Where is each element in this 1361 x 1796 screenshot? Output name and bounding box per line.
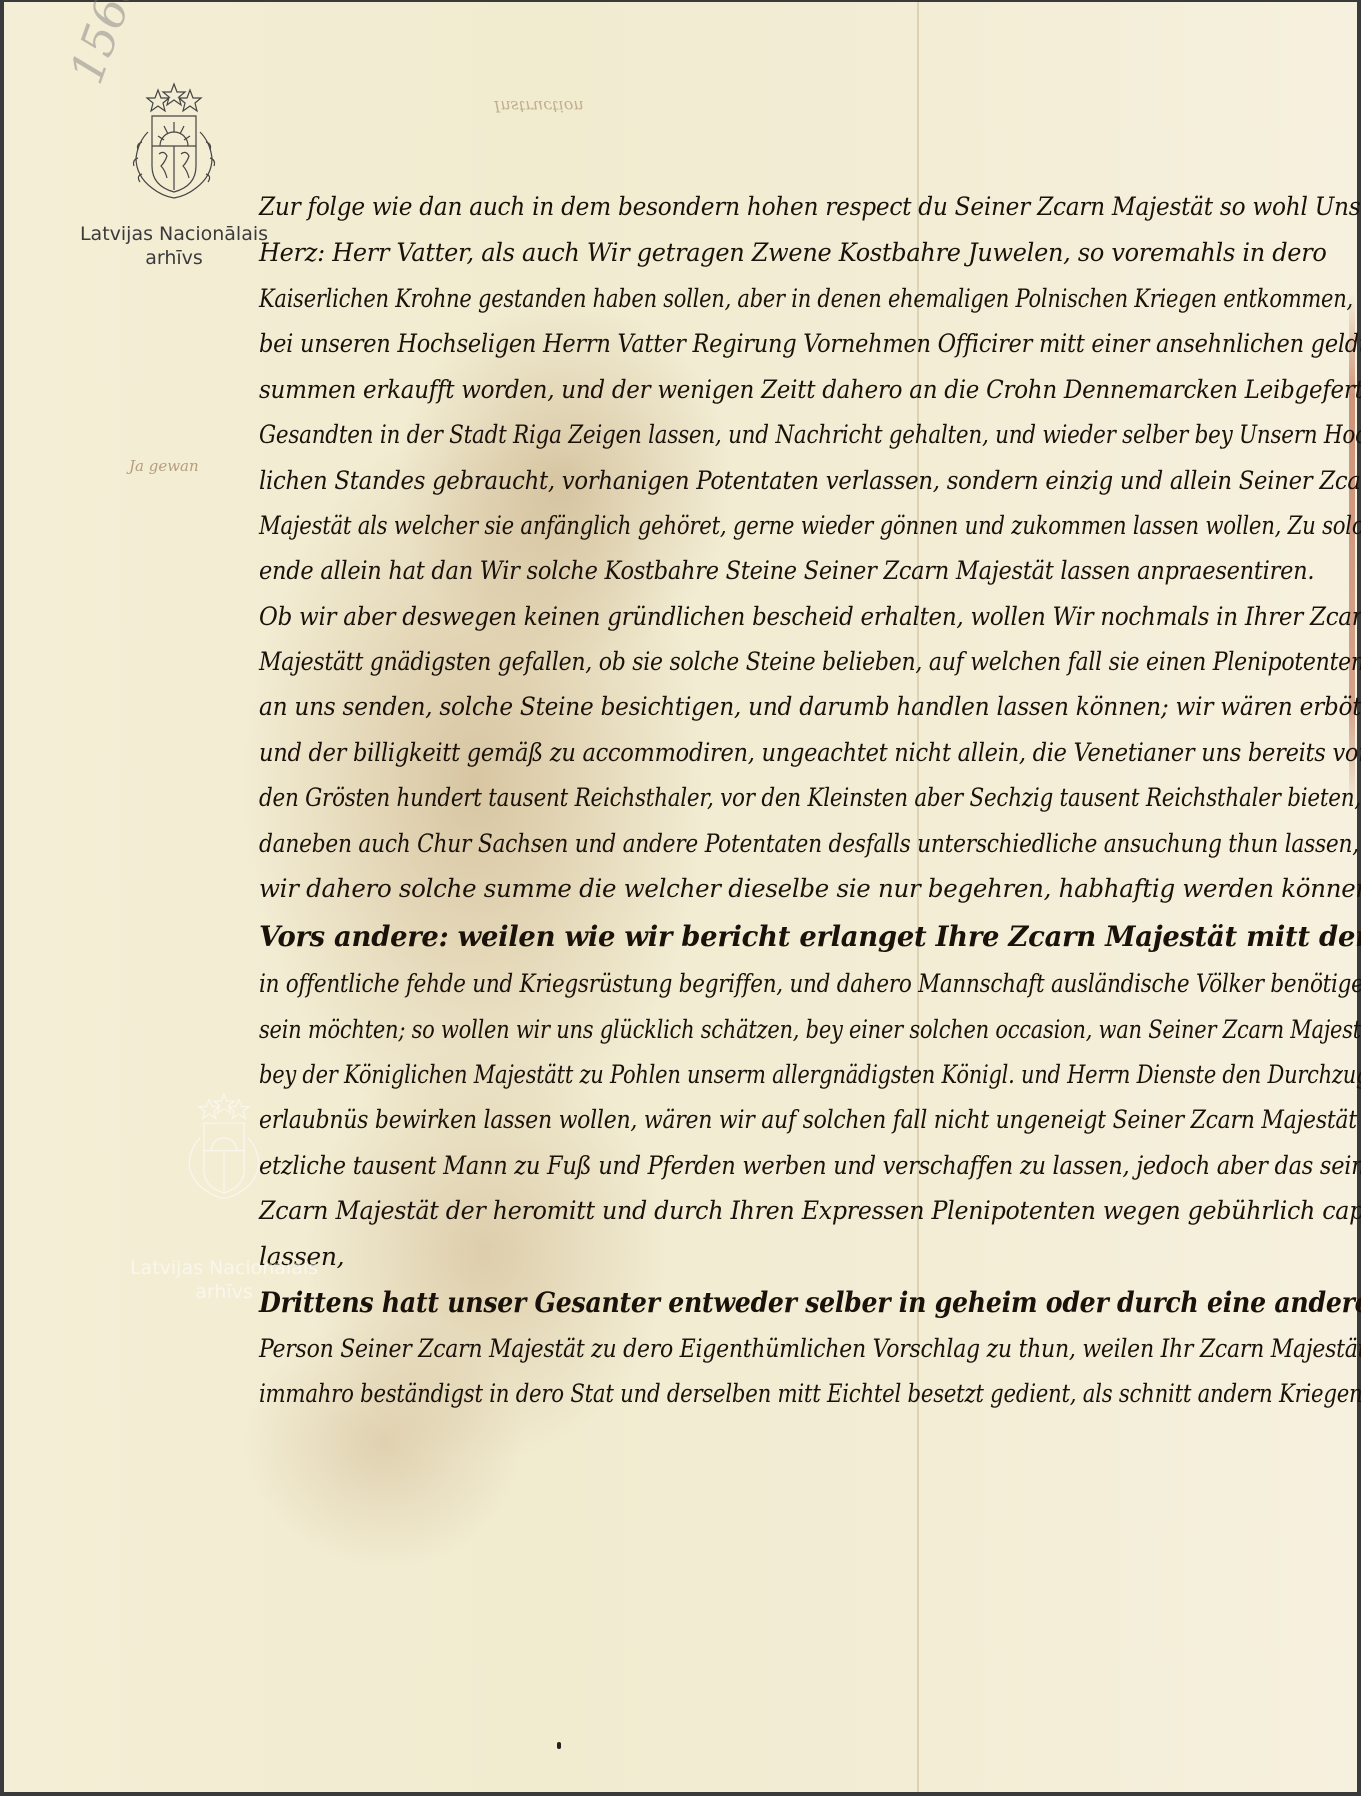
manuscript-line: Zur folge wie dan auch in dem besondern …	[259, 192, 1361, 221]
manuscript-line: daneben auch Chur Sachsen und andere Pot…	[259, 829, 1361, 858]
bleed-through-heading: Instruction	[494, 97, 584, 116]
manuscript-line: Kaiserlichen Krohne gestanden haben soll…	[259, 284, 1361, 313]
manuscript-line: Gesandten in der Stadt Riga Zeigen lasse…	[259, 420, 1361, 449]
manuscript-line: bei unseren Hochseligen Herrn Vatter Reg…	[259, 329, 1361, 358]
latvia-coat-of-arms-icon	[114, 82, 234, 202]
ink-speck	[557, 1742, 561, 1749]
latvia-coat-of-arms-watermark-icon	[169, 1092, 279, 1202]
manuscript-line: an uns senden, solche Steine besichtigen…	[259, 692, 1361, 721]
manuscript-line: den Grösten hundert tausent Reichsthaler…	[259, 783, 1361, 812]
manuscript-line: in offentliche fehde und Kriegsrüstung b…	[259, 969, 1361, 998]
manuscript-line: etzliche tausent Mann zu Fuß und Pferden…	[259, 1151, 1361, 1180]
manuscript-line: bey der Königlichen Majestätt zu Pohlen …	[259, 1060, 1361, 1089]
manuscript-line: Majestät als welcher sie anfänglich gehö…	[259, 511, 1361, 540]
manuscript-section-heading: Vors andere: weilen wie wir bericht erla…	[259, 920, 1361, 953]
manuscript-line: sein möchten; so wollen wir uns glücklic…	[259, 1015, 1361, 1044]
watermark-line1: Latvijas Nacionālais	[114, 1256, 334, 1280]
manuscript-line: Majestätt gnädigsten gefallen, ob sie so…	[259, 647, 1361, 676]
faint-margin-note: Ja gewan	[129, 457, 199, 475]
manuscript-line: Ob wir aber deswegen keinen gründlichen …	[259, 602, 1361, 631]
archive-watermark: Latvijas Nacionālais arhīvs	[114, 1092, 334, 1304]
manuscript-line: und der billigkeitt gemäß zu accommodire…	[259, 738, 1361, 767]
archive-logo: Latvijas Nacionālais arhīvs	[64, 82, 284, 270]
archive-name-line1: Latvijas Nacionālais	[64, 222, 284, 246]
manuscript-page: 1568 Instruction Ja gewan Latvijas Nacio…	[4, 2, 1357, 1792]
manuscript-line: Zcarn Majestät der heromitt und durch Ih…	[259, 1196, 1361, 1225]
archive-name-line2: arhīvs	[64, 246, 284, 270]
manuscript-line: lichen Standes gebraucht, vorhanigen Pot…	[259, 466, 1361, 495]
manuscript-section-heading: Drittens hatt unser Gesanter entweder se…	[259, 1286, 1361, 1319]
page-edge-stain	[1349, 292, 1355, 812]
manuscript-line: immahro beständigst in dero Stat und der…	[259, 1379, 1361, 1408]
manuscript-line: erlaubnüs bewirken lassen wollen, wären …	[259, 1105, 1357, 1134]
manuscript-line: wir dahero solche summe die welcher dies…	[259, 874, 1361, 903]
pencil-archive-number: 1568	[59, 0, 150, 90]
watermark-line2: arhīvs	[114, 1280, 334, 1304]
manuscript-line: Herz: Herr Vatter, als auch Wir getragen…	[259, 238, 1327, 267]
manuscript-line: Person Seiner Zcarn Majestät zu dero Eig…	[259, 1334, 1361, 1363]
manuscript-line: ende allein hat dan Wir solche Kostbahre…	[259, 556, 1314, 585]
manuscript-line: summen erkaufft worden, und der wenigen …	[259, 375, 1361, 404]
